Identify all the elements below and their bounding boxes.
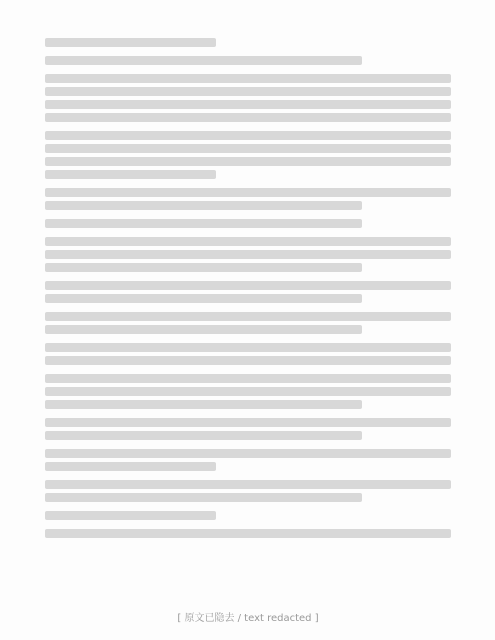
text-content — [45, 38, 451, 547]
redacted-text-line — [45, 100, 451, 109]
redacted-paragraph — [45, 374, 451, 409]
redacted-text-line — [45, 462, 216, 471]
redacted-text-line — [45, 157, 451, 166]
redaction-notice: [ 原文已隐去 / text redacted ] — [45, 612, 451, 626]
redacted-text-line — [45, 144, 451, 153]
redacted-paragraph — [45, 511, 451, 520]
redacted-text-line — [45, 294, 362, 303]
redacted-paragraph — [45, 131, 451, 179]
redacted-paragraph — [45, 449, 451, 471]
redacted-text-line — [45, 343, 451, 352]
redacted-paragraph — [45, 343, 451, 365]
redacted-text-line — [45, 188, 451, 197]
redacted-text-line — [45, 480, 451, 489]
redacted-paragraph — [45, 480, 451, 502]
redacted-paragraph — [45, 74, 451, 122]
redacted-text-line — [45, 131, 451, 140]
redacted-text-line — [45, 356, 451, 365]
redacted-text-line — [45, 431, 362, 440]
redacted-text-line — [45, 113, 451, 122]
redacted-text-line — [45, 312, 451, 321]
redacted-text-line — [45, 219, 362, 228]
redacted-text-line — [45, 418, 451, 427]
redacted-paragraph — [45, 219, 451, 228]
redacted-text-line — [45, 56, 362, 65]
redacted-text-line — [45, 74, 451, 83]
redacted-text-line — [45, 529, 451, 538]
redacted-text-line — [45, 237, 451, 246]
redacted-paragraph — [45, 237, 451, 272]
redacted-text-line — [45, 250, 451, 259]
redacted-text-line — [45, 493, 362, 502]
redacted-text-line — [45, 449, 451, 458]
redacted-text-line — [45, 511, 216, 520]
redacted-text-line — [45, 387, 451, 396]
redacted-text-line — [45, 400, 362, 409]
redacted-paragraph — [45, 529, 451, 538]
redacted-text-line — [45, 170, 216, 179]
redacted-paragraph — [45, 418, 451, 440]
document-page: [ 原文已隐去 / text redacted ] — [0, 0, 495, 640]
redacted-text-line — [45, 374, 451, 383]
redacted-paragraph — [45, 38, 451, 47]
redacted-paragraph — [45, 281, 451, 303]
redacted-paragraph — [45, 312, 451, 334]
redacted-text-line — [45, 38, 216, 47]
redacted-paragraph — [45, 56, 451, 65]
redacted-text-line — [45, 201, 362, 210]
redacted-text-line — [45, 281, 451, 290]
redacted-paragraph — [45, 188, 451, 210]
redacted-text-line — [45, 263, 362, 272]
redacted-text-line — [45, 325, 362, 334]
redacted-text-line — [45, 87, 451, 96]
